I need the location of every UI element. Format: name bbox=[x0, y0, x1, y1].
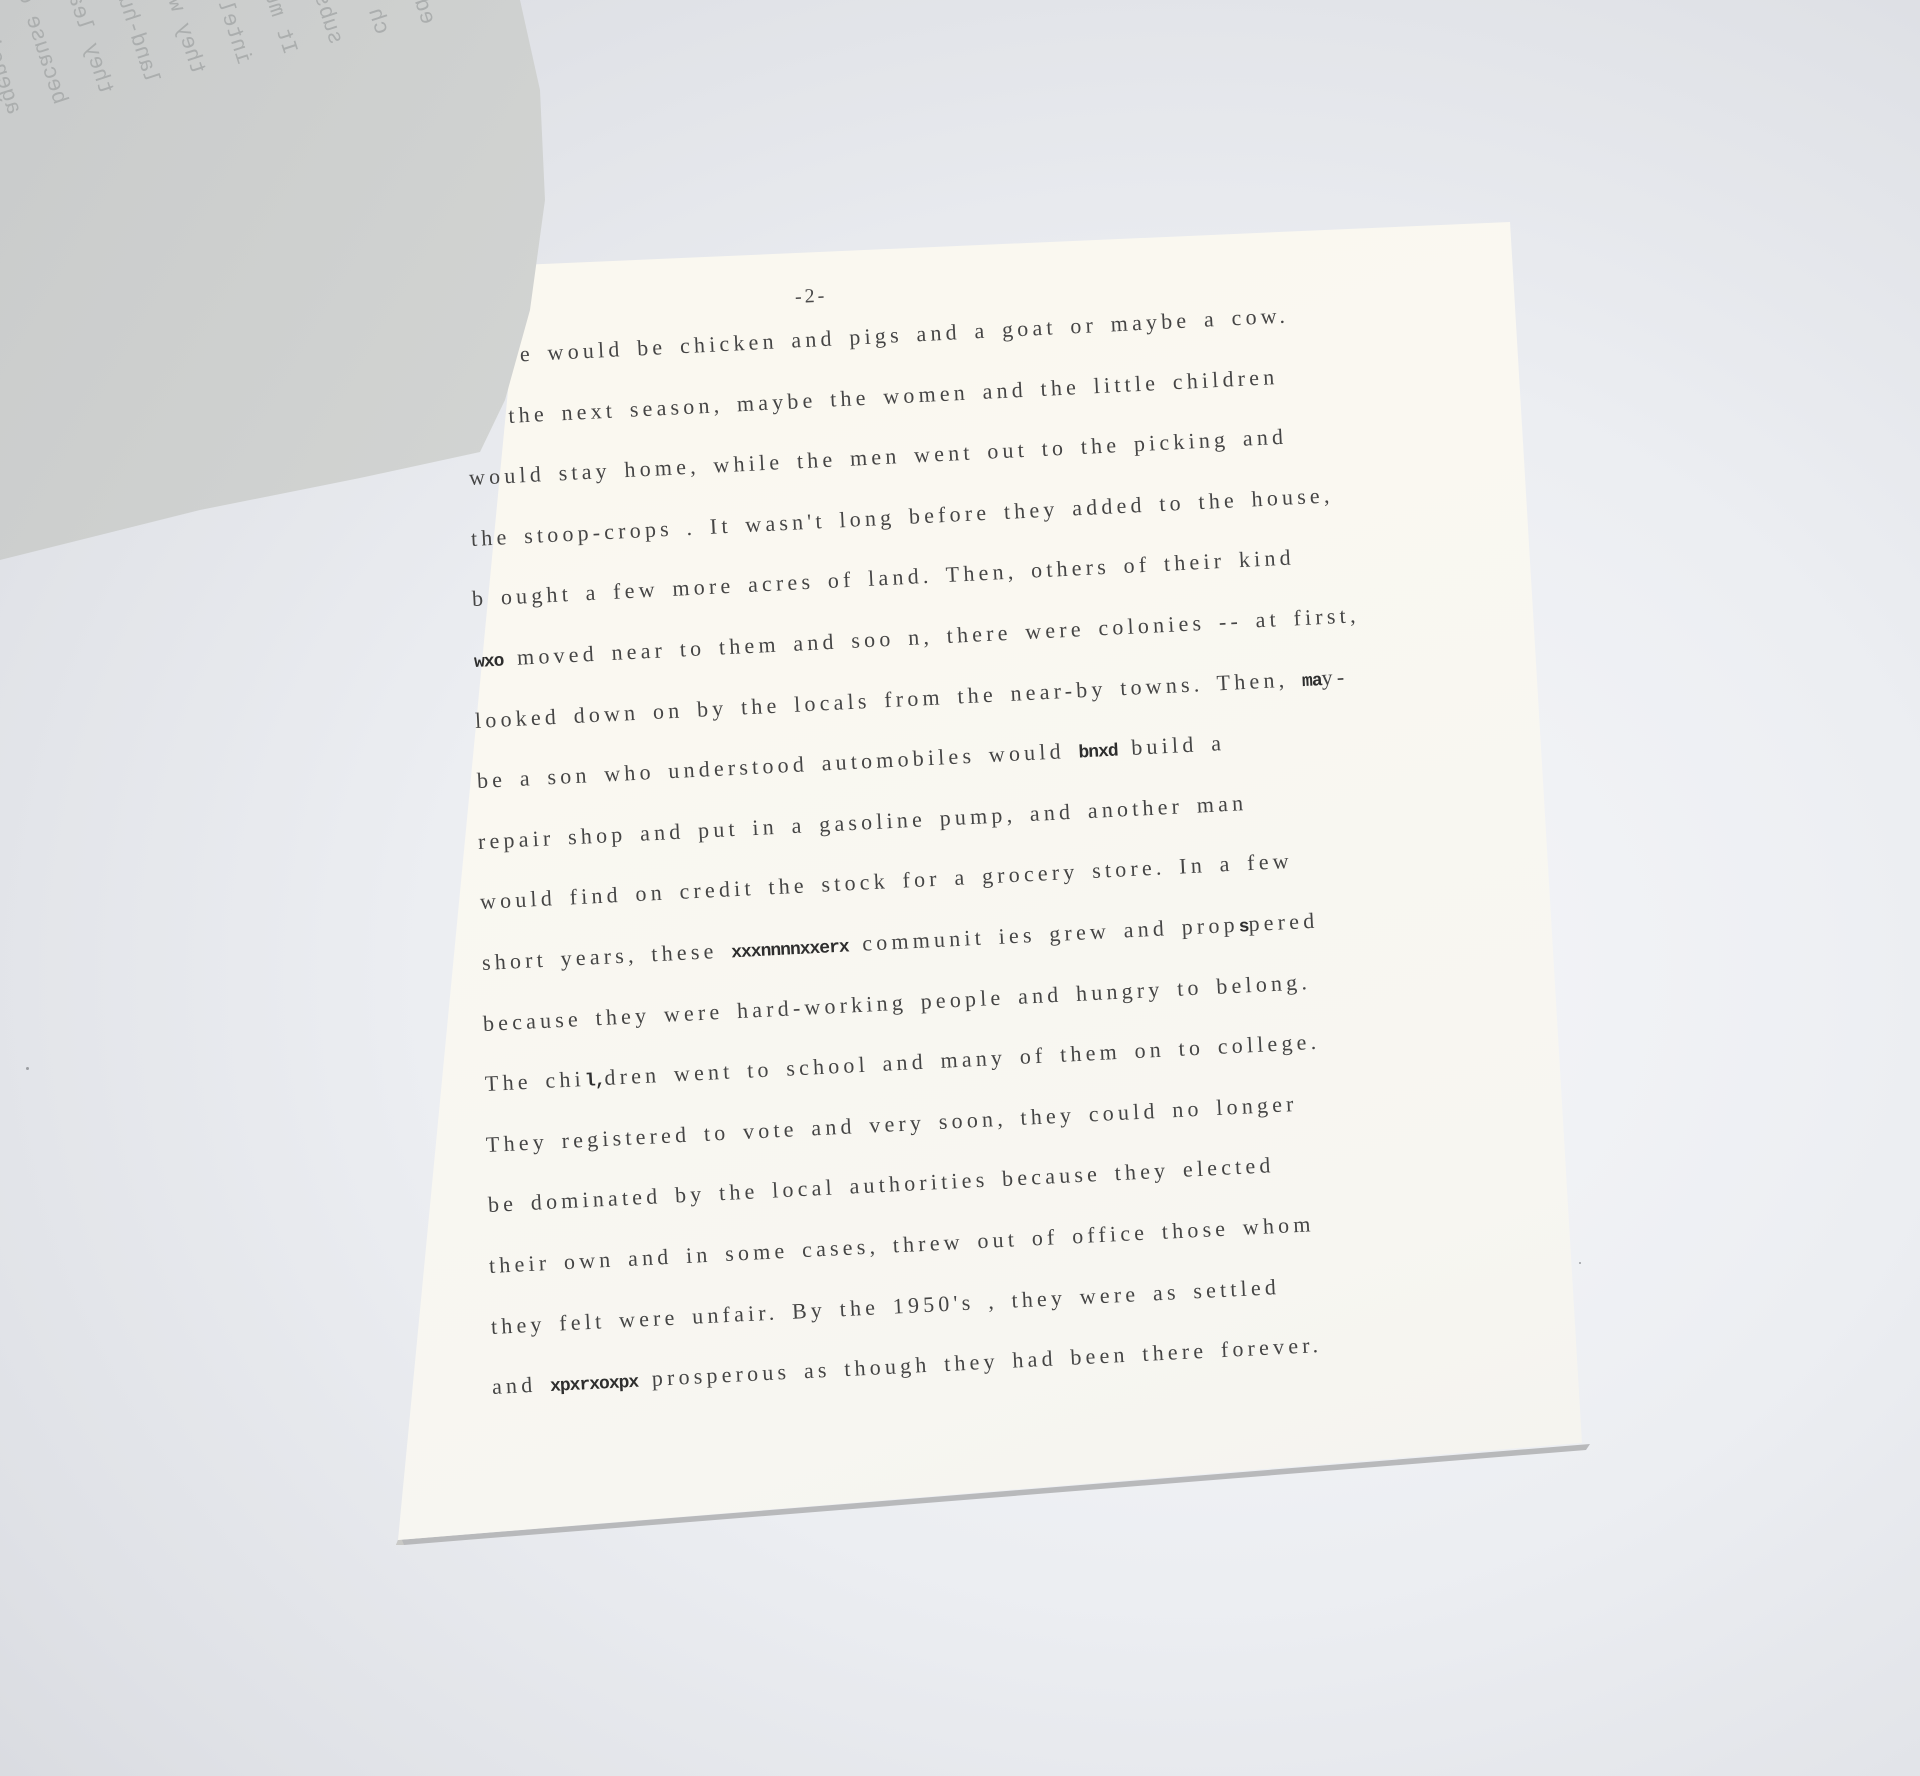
struck-out-text: xpxrxoxpx bbox=[550, 1373, 639, 1397]
typed-text: dren went to school and many of them on … bbox=[603, 1029, 1320, 1090]
typed-text: there would be chicken and pigs and a go… bbox=[468, 302, 1289, 369]
typed-line: there would be chicken and pigs and a go… bbox=[468, 302, 1289, 370]
typed-line: The chil,dren went to school and many of… bbox=[484, 1029, 1321, 1097]
struck-out-text: xxxnnnnxxerx bbox=[730, 937, 848, 963]
typed-line: the stoop-crops . It wasn't long before … bbox=[470, 482, 1334, 552]
typed-line: and xpxrxoxpx prosperous as though they … bbox=[492, 1332, 1323, 1400]
dust-speck bbox=[1579, 1262, 1581, 1264]
typed-line: looked down on by the locals from the ne… bbox=[475, 663, 1350, 733]
typed-text: build a bbox=[1117, 730, 1226, 760]
typed-line: They registered to vote and very soon, t… bbox=[485, 1091, 1298, 1158]
typed-text: and bbox=[492, 1371, 551, 1399]
typed-text: be dominated by the local authorities be… bbox=[487, 1153, 1275, 1218]
typed-text: moved near to them and soo n, there were… bbox=[502, 602, 1359, 670]
struck-out-text: l, bbox=[584, 1071, 605, 1092]
typed-line: be a son who understood automobiles woul… bbox=[476, 730, 1225, 794]
typed-text: In the next season, maybe the women and … bbox=[467, 364, 1279, 430]
typed-line: be dominated by the local authorities be… bbox=[487, 1153, 1275, 1219]
typed-text: short years, these bbox=[481, 937, 731, 975]
typed-text: would find on credit the stock for a gro… bbox=[479, 848, 1293, 914]
typed-line: In the next season, maybe the women and … bbox=[467, 364, 1279, 431]
typed-text: would stay home, while the men went out … bbox=[468, 424, 1287, 490]
struck-out-text: wxo bbox=[473, 652, 503, 673]
typed-text: because they were hard-working people an… bbox=[482, 969, 1311, 1036]
typed-line: short years, these xxxnnnnxxerx communit… bbox=[481, 908, 1319, 976]
typed-line: their own and in some cases, threw out o… bbox=[489, 1211, 1316, 1279]
typed-line: would stay home, while the men went out … bbox=[468, 424, 1287, 491]
typed-text: They registered to vote and very soon, t… bbox=[485, 1091, 1298, 1157]
typed-line: because they were hard-working people an… bbox=[482, 969, 1311, 1037]
typed-text: y- bbox=[1321, 663, 1349, 689]
photo-scene: -2- there would be chicken and pigs and … bbox=[0, 0, 1920, 1776]
typed-text: communit ies grew and prop bbox=[847, 912, 1238, 957]
struck-out-text: bnxd bbox=[1078, 742, 1118, 764]
typed-text: b ought a few more acres of land. Then, … bbox=[472, 545, 1296, 612]
dust-speck bbox=[26, 1067, 29, 1070]
typed-text: be a son who understood automobiles woul… bbox=[476, 738, 1079, 793]
typed-text: The chi bbox=[484, 1066, 585, 1096]
typed-line: wxo moved near to them and soo n, there … bbox=[473, 602, 1360, 673]
struck-out-text: ma bbox=[1302, 671, 1323, 692]
typed-text: the stoop-crops . It wasn't long before … bbox=[470, 482, 1334, 551]
typed-text: looked down on by the locals from the ne… bbox=[475, 666, 1303, 733]
typed-text: prosperous as though they had been there… bbox=[638, 1332, 1323, 1392]
typed-line: b ought a few more acres of land. Then, … bbox=[472, 545, 1296, 613]
typed-text: repair shop and put in a gasoline pump, … bbox=[478, 790, 1248, 854]
typed-line: would find on credit the stock for a gro… bbox=[479, 848, 1293, 915]
typed-line: repair shop and put in a gasoline pump, … bbox=[478, 790, 1248, 855]
typed-line: they felt were unfair. By the 1950's , t… bbox=[490, 1274, 1280, 1340]
typed-text: their own and in some cases, threw out o… bbox=[489, 1211, 1316, 1278]
page-number: -2- bbox=[794, 285, 827, 309]
typed-text: they felt were unfair. By the 1950's , t… bbox=[490, 1274, 1280, 1339]
typed-text: pered bbox=[1247, 908, 1318, 937]
